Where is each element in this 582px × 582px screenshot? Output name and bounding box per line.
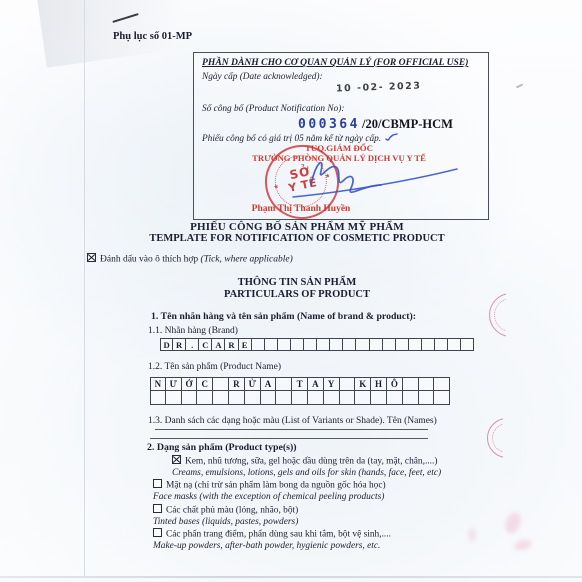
date-acknowledged-label: Ngày cấp (Date acknowledged):	[202, 72, 323, 82]
product-grid-cell	[419, 377, 435, 391]
brand-grid-cell: .	[186, 338, 199, 351]
product-grid-cell	[229, 391, 245, 405]
brand-grid-cell	[278, 338, 291, 351]
product-grid-cell: Ư	[166, 377, 182, 391]
tick-note: Đánh dấu vào ô thích hợp (Tick, where ap…	[87, 253, 293, 265]
product-grid-cell	[387, 391, 403, 405]
product-name-grid-row1: NƯỚCRỬATAYKHÔ	[150, 377, 450, 391]
variants-label: 1.3. Danh sách các dạng hoặc màu (List o…	[148, 416, 437, 426]
product-grid-cell: R	[229, 377, 245, 391]
variants-blank-line-1	[155, 429, 428, 430]
product-grid-cell: N	[150, 377, 166, 391]
brand-grid-cell	[435, 338, 448, 351]
product-grid-cell	[276, 391, 292, 405]
official-use-header: PHẦN DÀNH CHO CƠ QUAN QUẢN LÝ (FOR OFFIC…	[202, 57, 468, 68]
unchecked-checkbox-icon	[153, 528, 162, 537]
product-grid-cell	[213, 377, 229, 391]
notification-number-label: Số công bố (Product Notification No):	[202, 104, 344, 114]
product-type-label-en: Tinted bases (liquids, pastes, powders)	[153, 517, 493, 528]
section1-heading: 1. Tên nhãn hàng và tên sản phẩm (Name o…	[151, 311, 416, 322]
product-grid-cell: H	[371, 377, 387, 391]
stamp-star-left: ★	[273, 183, 280, 191]
product-type-label-en: Face masks (with the exception of chemic…	[153, 492, 493, 503]
section-header-vi: THÔNG TIN SẢN PHẨM	[0, 277, 582, 288]
brand-grid-cell	[330, 338, 343, 351]
product-grid-cell: Ử	[245, 377, 261, 391]
edge-stamp-bleed-2	[487, 418, 503, 460]
brand-grid-cell	[356, 338, 369, 351]
brand-grid-cell	[252, 338, 265, 351]
product-grid-cell: Ô	[387, 377, 403, 391]
brand-grid-cell	[396, 338, 409, 351]
product-type-label-vi: Mặt nạ (chỉ trừ sản phẩm làm bong da ngu…	[166, 481, 386, 491]
brand-grid-cell: C	[199, 338, 212, 351]
product-type-item: Các chất phủ màu (lỏng, nhão, bột)	[153, 504, 493, 517]
brand-grid-cell: E	[239, 338, 252, 351]
variants-blank-line-2	[150, 438, 428, 439]
unchecked-checkbox-icon	[153, 479, 162, 488]
product-grid-cell	[197, 391, 213, 405]
product-grid-cell: Y	[324, 377, 340, 391]
product-grid-cell: A	[308, 377, 324, 391]
product-type-label-en: Make-up powders, after-bath powder, hygi…	[153, 541, 493, 552]
brand-grid-cell	[409, 338, 422, 351]
brand-grid-cell	[291, 338, 304, 351]
date-stamp: 10 -02- 2023	[336, 81, 422, 95]
product-grid-cell	[182, 391, 198, 405]
product-grid-cell	[403, 377, 419, 391]
section2-heading: 2. Dạng sản phẩm (Product type(s))	[147, 442, 297, 453]
paper-bottom-edge	[0, 576, 582, 578]
product-grid-cell	[434, 391, 450, 405]
product-grid-cell: A	[261, 377, 277, 391]
product-grid-cell	[292, 391, 308, 405]
product-grid-cell	[166, 391, 182, 405]
brand-grid-cell	[304, 338, 317, 351]
product-grid-cell	[419, 391, 435, 405]
product-grid-cell	[261, 391, 277, 405]
product-type-label-vi: Các chất phủ màu (lỏng, nhão, bột)	[166, 505, 298, 515]
brand-grid-cell: R	[173, 338, 186, 351]
appendix-label: Phụ lục số 01-MP	[113, 31, 192, 42]
checked-checkbox-icon	[172, 455, 181, 464]
ink-smudge	[468, 528, 476, 542]
product-grid-cell	[308, 391, 324, 405]
product-grid-cell	[245, 391, 261, 405]
product-name-grid-row2	[150, 391, 450, 405]
notification-number-stamped: 000364	[298, 117, 360, 132]
tick-note-checkbox	[87, 253, 96, 262]
official-use-box: PHẦN DÀNH CHO CƠ QUAN QUẢN LÝ (FOR OFFIC…	[193, 52, 489, 220]
product-grid-cell	[371, 391, 387, 405]
product-type-label-vi: Kem, nhũ tương, sữa, gel hoặc dầu dùng t…	[185, 457, 437, 467]
brand-grid-cell	[383, 338, 396, 351]
product-type-label-vi: Các phấn trang điểm, phấn dùng sau khi t…	[166, 529, 391, 539]
brand-grid-cell	[448, 338, 461, 351]
brand-grid-cell	[370, 338, 383, 351]
brand-grid-cell: A	[212, 338, 225, 351]
signature-scribble	[289, 145, 461, 208]
unchecked-checkbox-icon	[153, 504, 162, 513]
brand-label: 1.1. Nhãn hàng (Brand)	[148, 326, 238, 336]
ink-smudge	[513, 538, 533, 552]
product-type-label-en: Creams, emulsions, lotions, gels and oil…	[172, 468, 493, 479]
product-type-item: Các phấn trang điểm, phấn dùng sau khi t…	[153, 528, 493, 541]
brand-grid-cell: R	[225, 338, 238, 351]
product-name-label: 1.2. Tên sản phẩm (Product Name)	[148, 362, 281, 372]
product-grid-cell	[276, 377, 292, 391]
product-grid-cell	[340, 377, 356, 391]
product-grid-cell	[213, 391, 229, 405]
ink-smudge	[503, 510, 524, 535]
product-grid-cell	[150, 391, 166, 405]
brand-grid-cell	[343, 338, 356, 351]
brand-grid-cell	[317, 338, 330, 351]
signer-name: Phạm Thị Thanh Huyền	[231, 204, 371, 214]
document-title-en: TEMPLATE FOR NOTIFICATION OF COSMETIC PR…	[0, 233, 582, 244]
notification-number-line: 000364/20/CBMP-HCM	[298, 115, 453, 133]
product-grid-cell	[403, 391, 419, 405]
notification-number-suffix: /20/CBMP-HCM	[362, 117, 453, 131]
product-grid-cell	[340, 391, 356, 405]
product-type-item: Mặt nạ (chỉ trừ sản phẩm làm bong da ngu…	[153, 479, 493, 492]
document-title-vi: PHIẾU CÔNG BỐ SẢN PHẨM MỸ PHẨM	[0, 221, 582, 233]
brand-grid-cell	[461, 338, 474, 351]
product-grid-cell	[434, 377, 450, 391]
product-grid-cell: C	[197, 377, 213, 391]
scan-speck	[516, 84, 523, 88]
brand-letter-grid: DR.CARE	[160, 338, 474, 351]
product-type-item: Kem, nhũ tương, sữa, gel hoặc dầu dùng t…	[172, 455, 493, 468]
edge-stamp-bleed-1	[489, 293, 506, 339]
product-grid-cell	[355, 391, 371, 405]
product-grid-cell	[324, 391, 340, 405]
product-grid-cell: Ớ	[182, 377, 198, 391]
brand-grid-cell	[422, 338, 435, 351]
scanned-document-page: Phụ lục số 01-MP PHẦN DÀNH CHO CƠ QUAN Q…	[0, 0, 582, 582]
brand-grid-cell: D	[160, 338, 173, 351]
product-type-checklist: Kem, nhũ tương, sữa, gel hoặc dầu dùng t…	[153, 455, 493, 552]
product-grid-cell: K	[355, 377, 371, 391]
brand-grid-cell	[265, 338, 278, 351]
product-grid-cell: T	[292, 377, 308, 391]
